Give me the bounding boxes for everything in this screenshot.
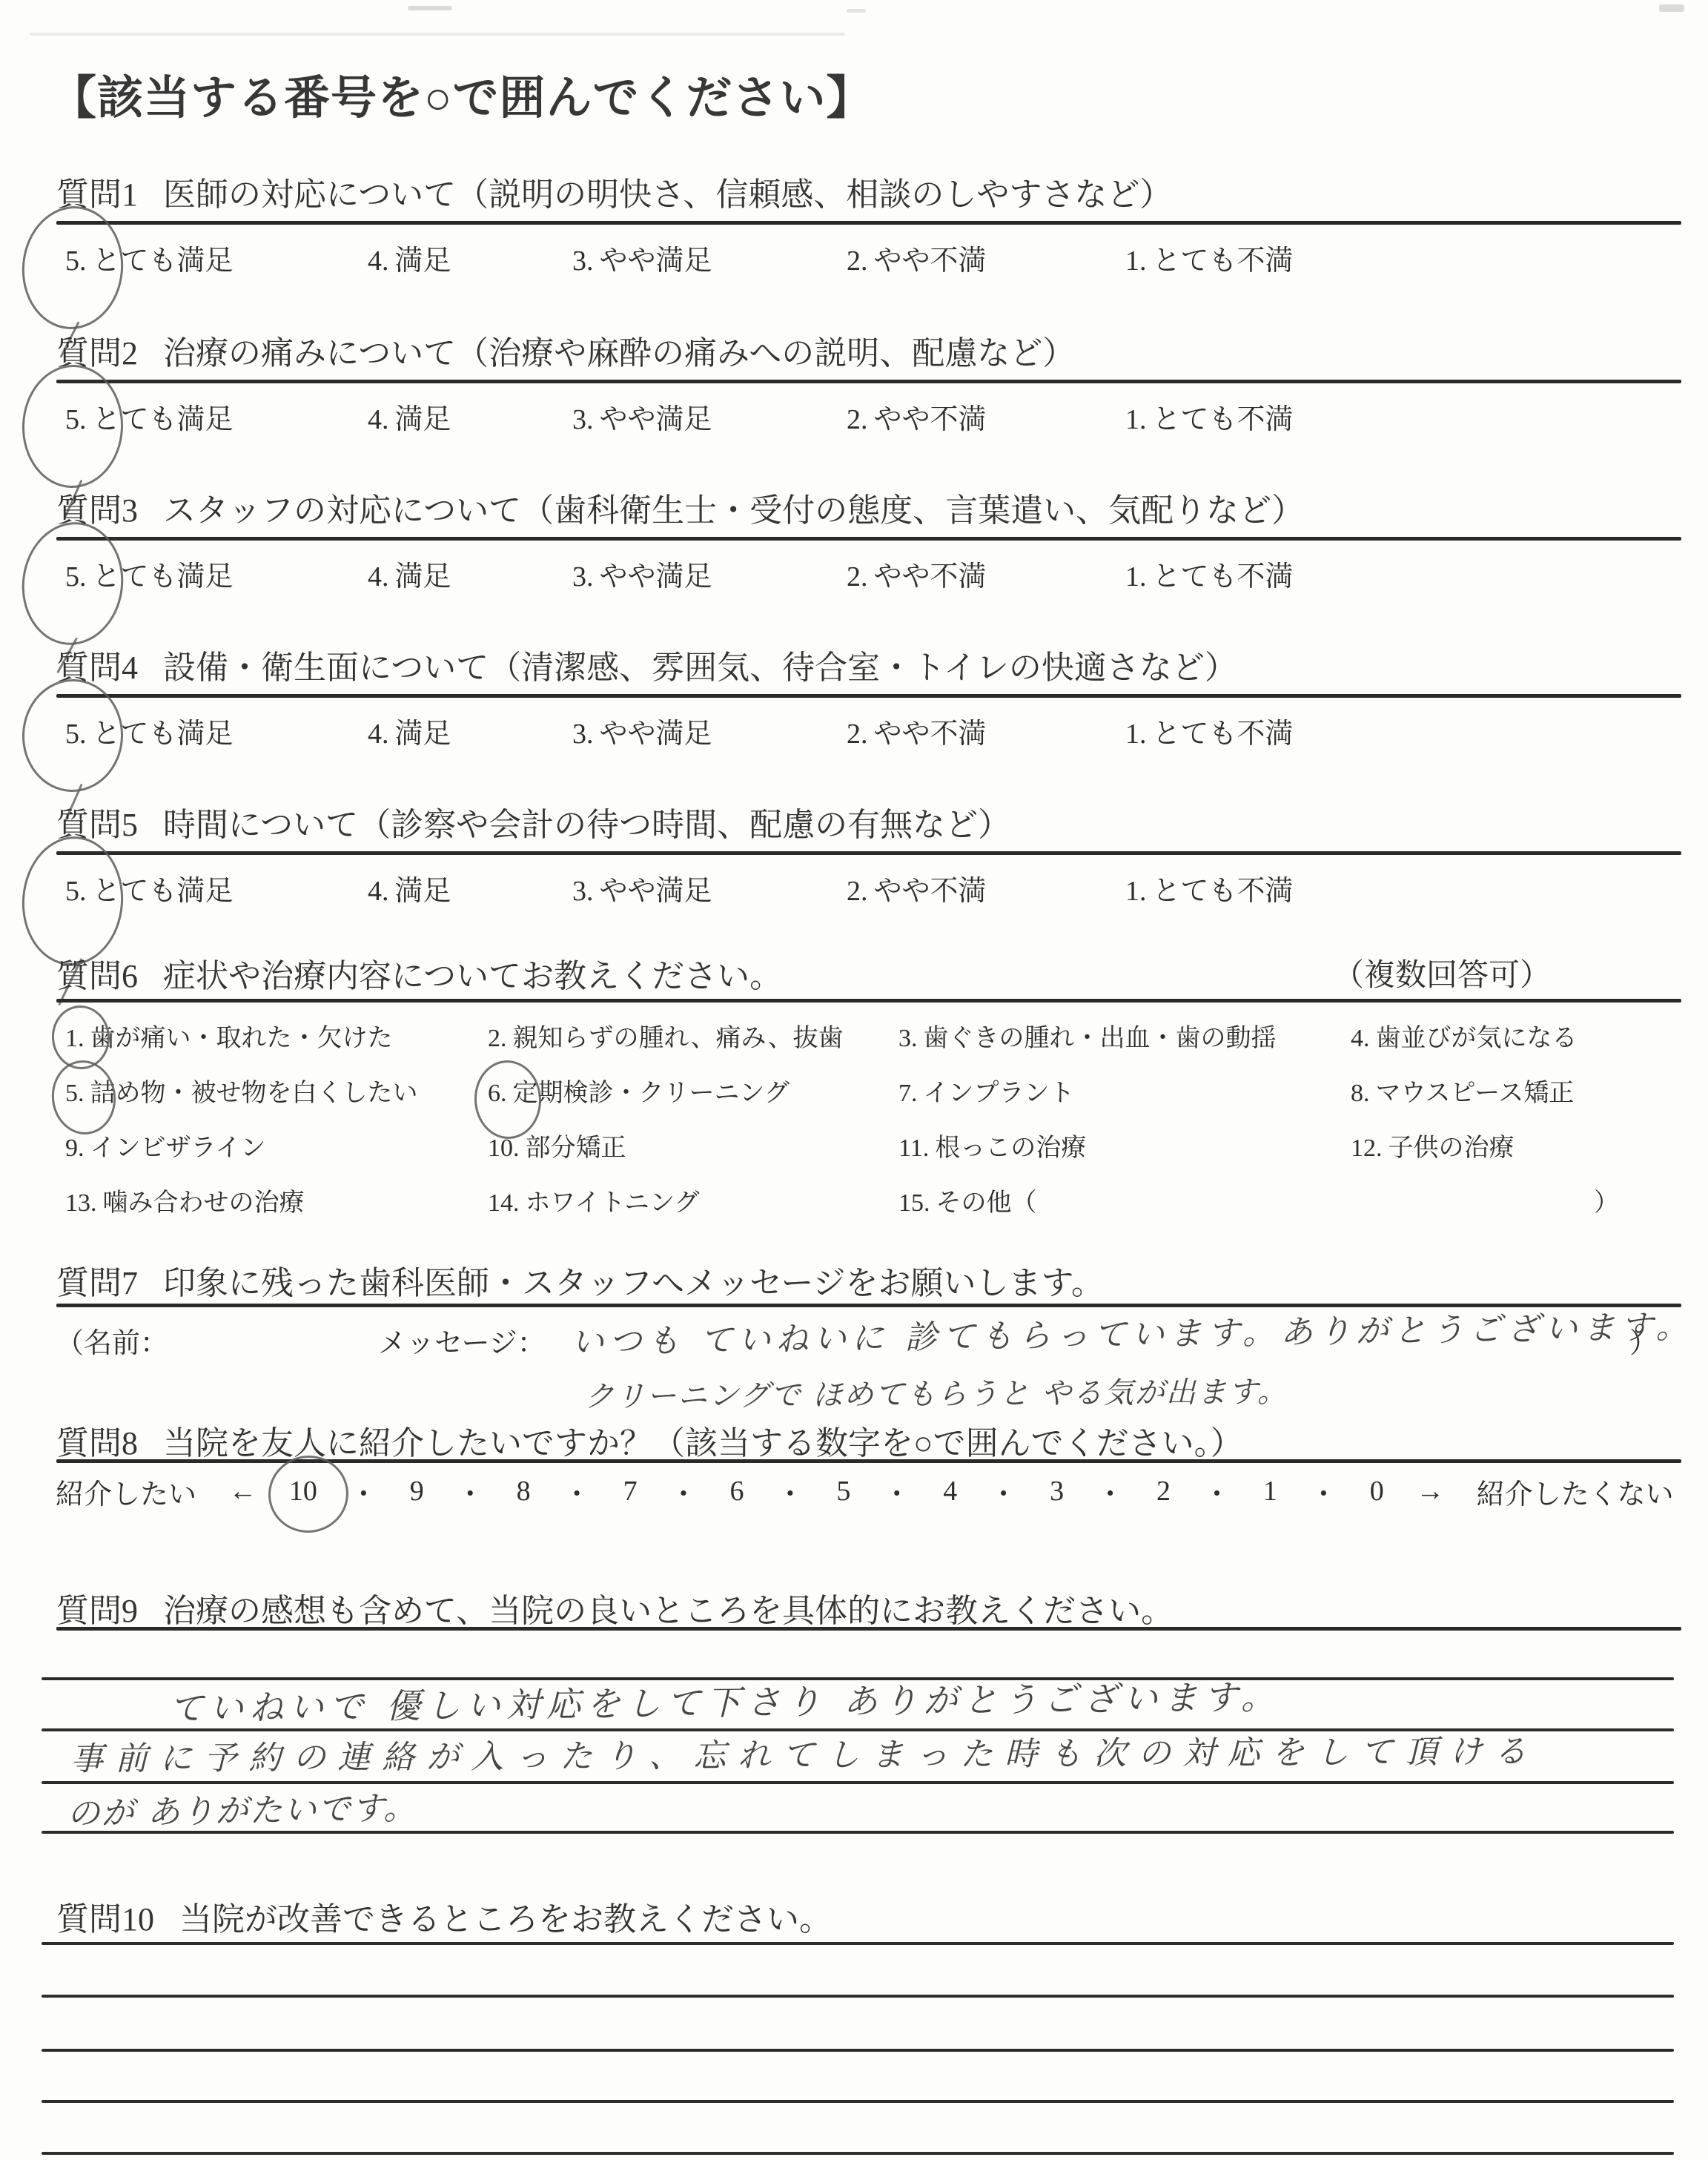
q7-name-label: （名前：: [56, 1320, 168, 1361]
question-7-title: 印象に残った歯科医師・スタッフへメッセージをお願いします。: [163, 1265, 1104, 1301]
left-arrow-icon: ←: [228, 1475, 256, 1507]
item-label: 歯ぐきの腫れ・出血・歯の動揺: [924, 1025, 1277, 1052]
q6-item-7: 7.インプラント: [898, 1072, 1075, 1109]
q1-option-satisfied: 4.満足: [368, 237, 451, 278]
q8-scale-0: 0: [1370, 1475, 1384, 1507]
item-number: 9.: [65, 1135, 85, 1162]
question-3-title: スタッフの対応について（歯科衛生士・受付の態度、言葉遣い、気配りなど）: [163, 492, 1304, 529]
option-label: とても満足: [93, 561, 234, 592]
option-number: 2.: [847, 876, 868, 907]
item-label: マウスピース矯正: [1376, 1080, 1575, 1107]
option-number: 1.: [1125, 404, 1147, 435]
question-2-rule: [56, 380, 1681, 383]
q6-row-4: 13.噛み合わせの治療 14.ホワイトニング 15.その他（ ）: [0, 1182, 1708, 1234]
option-label: やや満足: [600, 245, 712, 277]
q3-option-satisfied: 4.満足: [368, 553, 451, 594]
question-8-header: 質問8当院を友人に紹介したいですか？（該当する数字を○で囲んでください。）: [56, 1416, 1243, 1464]
item-number: 3.: [898, 1025, 918, 1052]
option-number: 2.: [847, 561, 868, 592]
dot-separator: ・: [1309, 1471, 1337, 1512]
question-3-header: 質問3スタッフの対応について（歯科衛生士・受付の態度、言葉遣い、気配りなど）: [56, 483, 1304, 531]
option-label: やや不満: [874, 245, 987, 277]
item-number: 7.: [898, 1080, 918, 1107]
question-8-rule: [56, 1459, 1681, 1463]
q8-scale-10: 10: [289, 1475, 317, 1507]
option-number: 2.: [847, 404, 868, 435]
q9-handwritten-line-3: のが ありがたいです。: [67, 1781, 418, 1834]
question-2-options: 5.とても満足 4.満足 3.やや満足 2.やや不満 1.とても不満: [0, 396, 1708, 443]
dot-separator: ・: [776, 1471, 804, 1512]
item-number: 14.: [488, 1189, 520, 1217]
option-label: とても不満: [1153, 719, 1294, 750]
q6-item-3: 3.歯ぐきの腫れ・出血・歯の動揺: [898, 1017, 1277, 1054]
option-label: とても満足: [93, 245, 234, 277]
option-number: 3.: [572, 404, 594, 435]
question-5-options: 5.とても満足 4.満足 3.やや満足 2.やや不満 1.とても不満: [0, 868, 1708, 915]
option-label: やや満足: [600, 876, 712, 907]
q9-writing-line-4: [42, 1831, 1674, 1834]
q3-option-very-satisfied: 5.とても満足: [65, 553, 234, 594]
option-number: 4.: [368, 719, 389, 750]
dot-separator: ・: [990, 1471, 1018, 1512]
dot-separator: ・: [563, 1471, 591, 1512]
item-number: 13.: [65, 1189, 97, 1217]
option-label: やや満足: [600, 561, 712, 592]
q8-scale-9: 9: [410, 1475, 424, 1507]
q6-item-6: 6.定期検診・クリーニング: [488, 1072, 790, 1109]
option-label: 満足: [395, 404, 451, 435]
q1-option-somewhat-satisfied: 3.やや満足: [572, 237, 712, 278]
question-10-header: 質問10当院が改善できるところをお教えください。: [56, 1892, 832, 1940]
option-label: 満足: [395, 876, 451, 907]
question-5-title: 時間について（診察や会計の待つ時間、配慮の有無など）: [163, 807, 1010, 843]
question-9-title: 治療の感想も含めて、当院の良いところを具体的にお教えください。: [163, 1593, 1174, 1629]
option-number: 1.: [1125, 245, 1147, 277]
option-number: 2.: [847, 245, 868, 277]
option-number: 3.: [572, 719, 594, 750]
dot-separator: ・: [669, 1471, 698, 1512]
q6-item-14: 14.ホワイトニング: [488, 1182, 699, 1218]
option-number: 3.: [572, 876, 594, 907]
option-label: とても満足: [93, 719, 234, 750]
question-4-options: 5.とても満足 4.満足 3.やや満足 2.やや不満 1.とても不満: [0, 710, 1708, 758]
item-label: 噛み合わせの治療: [103, 1189, 305, 1217]
q2-option-very-dissatisfied: 1.とても不満: [1125, 396, 1294, 437]
q6-other-close-paren: ）: [1594, 1182, 1619, 1218]
item-label: 詰め物・被せ物を白くしたい: [90, 1080, 418, 1107]
dot-separator: ・: [883, 1471, 911, 1512]
item-number: 8.: [1351, 1080, 1370, 1107]
option-number: 3.: [572, 245, 594, 277]
right-arrow-icon: →: [1416, 1475, 1444, 1507]
option-label: 満足: [395, 561, 451, 592]
q2-option-very-satisfied: 5.とても満足: [65, 396, 234, 437]
option-label: やや満足: [600, 719, 712, 750]
q3-option-somewhat-dissatisfied: 2.やや不満: [847, 553, 987, 594]
question-6-number: 質問6: [56, 958, 138, 994]
item-label: その他（: [936, 1189, 1037, 1217]
q2-option-satisfied: 4.満足: [368, 396, 451, 437]
option-number: 5.: [65, 561, 87, 592]
question-4-title: 設備・衛生面について（清潔感、雰囲気、待合室・トイレの快適さなど）: [163, 650, 1237, 686]
q9-handwritten-line-2: 事前に予約の連絡が入ったり、忘れてしまった時も次の対応をして頂ける: [70, 1725, 1538, 1780]
question-10-number: 質問10: [56, 1901, 154, 1938]
option-number: 4.: [368, 561, 389, 592]
item-label: 歯が痛い・取れた・欠けた: [90, 1025, 393, 1052]
option-label: とても満足: [93, 404, 234, 435]
q10-writing-line-1: [42, 1942, 1674, 1945]
item-label: インビザライン: [90, 1135, 266, 1162]
item-number: 12.: [1351, 1135, 1383, 1162]
q6-item-1: 1.歯が痛い・取れた・欠けた: [65, 1017, 393, 1054]
item-label: 部分矯正: [526, 1135, 626, 1162]
q4-option-somewhat-dissatisfied: 2.やや不満: [847, 710, 987, 751]
question-9-rule: [56, 1627, 1681, 1631]
item-label: 歯並びが気になる: [1376, 1025, 1578, 1052]
question-5-header: 質問5時間について（診察や会計の待つ時間、配慮の有無など）: [56, 798, 1010, 845]
q7-message-label: メッセージ：: [378, 1320, 546, 1361]
q2-option-somewhat-satisfied: 3.やや満足: [572, 396, 712, 437]
q6-multiple-answers-note: （複数回答可）: [1333, 951, 1551, 995]
item-label: ホワイトニング: [526, 1189, 700, 1217]
q6-row-1: 1.歯が痛い・取れた・欠けた 2.親知らずの腫れ、痛み、抜歯 3.歯ぐきの腫れ・…: [0, 1017, 1708, 1069]
q6-item-15: 15.その他（: [898, 1182, 1037, 1218]
question-3-rule: [56, 537, 1681, 541]
q8-scale-7: 7: [623, 1475, 638, 1507]
scale-number: 10: [289, 1476, 317, 1507]
question-1-rule: [56, 221, 1681, 225]
item-number: 2.: [488, 1025, 507, 1052]
item-label: 根っこの治療: [935, 1135, 1086, 1162]
q4-option-very-satisfied: 5.とても満足: [65, 710, 234, 751]
item-label: 親知らずの腫れ、痛み、抜歯: [513, 1025, 844, 1052]
item-number: 10.: [488, 1135, 520, 1162]
q5-option-somewhat-dissatisfied: 2.やや不満: [847, 868, 987, 908]
q8-recommend-scale: 紹介したい ← 10 ・ 9 ・ 8 ・ 7 ・ 6 ・ 5 ・ 4 ・ 3 ・…: [56, 1467, 1674, 1516]
option-number: 1.: [1125, 876, 1147, 907]
q10-writing-line-4: [42, 2100, 1674, 2103]
q6-row-3: 9.インビザライン 10.部分矯正 11.根っこの治療 12.子供の治療: [0, 1127, 1708, 1179]
question-1-options: 5.とても満足 4.満足 3.やや満足 2.やや不満 1.とても不満: [0, 237, 1708, 285]
option-label: とても満足: [93, 876, 234, 907]
option-label: やや不満: [874, 404, 987, 435]
q1-option-somewhat-dissatisfied: 2.やや不満: [847, 237, 987, 278]
option-number: 5.: [65, 404, 87, 435]
question-2-header: 質問2治療の痛みについて（治療や麻酔の痛みへの説明、配慮など）: [56, 326, 1075, 374]
q6-item-12: 12.子供の治療: [1351, 1127, 1515, 1163]
question-3-options: 5.とても満足 4.満足 3.やや満足 2.やや不満 1.とても不満: [0, 553, 1708, 601]
q8-left-label: 紹介したい: [56, 1471, 196, 1512]
q8-scale-2: 2: [1156, 1475, 1171, 1507]
option-label: やや不満: [874, 561, 987, 592]
q6-item-2: 2.親知らずの腫れ、痛み、抜歯: [488, 1017, 844, 1054]
page-title: 【該当する番号を○で囲んでください】: [50, 61, 873, 127]
option-label: とても不満: [1153, 245, 1294, 277]
q7-handwritten-message-line-1: いつも ていねいに 診てもらっています。ありがとうございます。: [571, 1300, 1694, 1363]
option-number: 5.: [65, 719, 87, 750]
option-number: 1.: [1125, 561, 1147, 592]
q8-scale-4: 4: [943, 1475, 957, 1507]
q6-item-8: 8.マウスピース矯正: [1351, 1072, 1574, 1109]
q3-option-somewhat-satisfied: 3.やや満足: [572, 553, 712, 594]
q5-option-very-satisfied: 5.とても満足: [65, 868, 234, 908]
item-number: 11.: [898, 1135, 929, 1162]
q5-option-somewhat-satisfied: 3.やや満足: [572, 868, 712, 908]
q6-item-13: 13.噛み合わせの治療: [65, 1182, 305, 1218]
q7-handwritten-message-line-2: クリーニングで ほめてもらうと やる気が出ます。: [584, 1368, 1288, 1416]
question-6-header: 質問6症状や治療内容についてお教えください。: [56, 949, 782, 997]
item-label: 定期検診・クリーニング: [513, 1080, 790, 1107]
option-label: とても不満: [1153, 404, 1294, 435]
question-10-title: 当院が改善できるところをお教えください。: [179, 1901, 832, 1938]
q8-scale-5: 5: [836, 1475, 850, 1507]
q1-option-very-dissatisfied: 1.とても不満: [1125, 237, 1294, 278]
q4-option-very-dissatisfied: 1.とても不満: [1125, 710, 1294, 751]
dot-separator: ・: [349, 1471, 377, 1512]
q8-scale-3: 3: [1050, 1475, 1064, 1507]
scan-artifact: [847, 9, 866, 13]
question-5-rule: [56, 851, 1681, 855]
option-number: 1.: [1125, 719, 1147, 750]
option-number: 4.: [368, 245, 389, 277]
q8-scale-6: 6: [729, 1475, 744, 1507]
q4-option-satisfied: 4.満足: [368, 710, 451, 751]
option-label: やや不満: [874, 876, 987, 907]
option-label: 満足: [395, 719, 451, 750]
item-number: 4.: [1351, 1025, 1370, 1052]
question-9-header: 質問9治療の感想も含めて、当院の良いところを具体的にお教えください。: [56, 1584, 1174, 1631]
q6-row-2: 5.詰め物・被せ物を白くしたい 6.定期検診・クリーニング 7.インプラント 8…: [0, 1072, 1708, 1124]
q6-item-5: 5.詰め物・被せ物を白くしたい: [65, 1072, 418, 1109]
q10-writing-line-5: [42, 2152, 1674, 2155]
question-8-title: 当院を友人に紹介したいですか？（該当する数字を○で囲んでください。）: [163, 1425, 1243, 1462]
question-4-rule: [56, 694, 1681, 698]
dot-separator: ・: [1096, 1471, 1125, 1512]
item-label: インプラント: [924, 1080, 1075, 1107]
item-number: 15.: [898, 1189, 930, 1217]
question-9-number: 質問9: [56, 1593, 138, 1629]
q3-option-very-dissatisfied: 1.とても不満: [1125, 553, 1294, 594]
option-label: とても不満: [1153, 876, 1294, 907]
q6-item-4: 4.歯並びが気になる: [1351, 1017, 1578, 1054]
option-label: とても不満: [1153, 561, 1294, 592]
question-1-number: 質問1: [56, 176, 138, 213]
q2-option-somewhat-dissatisfied: 2.やや不満: [847, 396, 987, 437]
option-number: 2.: [847, 719, 868, 750]
q8-scale-1: 1: [1263, 1475, 1277, 1507]
option-label: やや不満: [874, 719, 987, 750]
question-4-number: 質問4: [56, 650, 138, 686]
option-number: 5.: [65, 876, 87, 907]
scan-artifact: [408, 6, 452, 10]
option-label: 満足: [395, 245, 451, 277]
q4-option-somewhat-satisfied: 3.やや満足: [572, 710, 712, 751]
question-2-title: 治療の痛みについて（治療や麻酔の痛みへの説明、配慮など）: [163, 335, 1075, 371]
scan-artifact: [30, 33, 845, 36]
option-number: 4.: [368, 876, 389, 907]
option-number: 3.: [572, 561, 594, 592]
scan-artifact: [1659, 4, 1684, 12]
q6-item-10: 10.部分矯正: [488, 1127, 626, 1163]
q5-option-satisfied: 4.満足: [368, 868, 451, 908]
q1-option-very-satisfied: 5.とても満足: [65, 237, 234, 278]
q6-item-11: 11.根っこの治療: [898, 1127, 1086, 1163]
q8-scale-8: 8: [517, 1475, 531, 1507]
q6-item-9: 9.インビザライン: [65, 1127, 265, 1163]
question-8-number: 質問8: [56, 1425, 138, 1462]
question-1-header: 質問1医師の対応について（説明の明快さ、信頼感、相談のしやすさなど）: [56, 168, 1172, 215]
question-5-number: 質問5: [56, 807, 138, 843]
question-7-header: 質問7印象に残った歯科医師・スタッフへメッセージをお願いします。: [56, 1256, 1104, 1304]
question-4-header: 質問4設備・衛生面について（清潔感、雰囲気、待合室・トイレの快適さなど）: [56, 641, 1237, 688]
option-number: 4.: [368, 404, 389, 435]
item-number: 5.: [65, 1080, 85, 1107]
question-6-rule: [56, 999, 1681, 1003]
question-7-number: 質問7: [56, 1265, 138, 1301]
scanned-survey-page: 【該当する番号を○で囲んでください】 質問1医師の対応について（説明の明快さ、信…: [0, 0, 1708, 2160]
q8-right-label: 紹介したくない: [1477, 1471, 1674, 1512]
item-number: 1.: [65, 1025, 85, 1052]
question-6-title: 症状や治療内容についてお教えください。: [163, 958, 782, 994]
option-label: やや満足: [600, 404, 712, 435]
item-label: 子供の治療: [1388, 1135, 1515, 1162]
q10-writing-line-2: [42, 1995, 1674, 1998]
dot-separator: ・: [1202, 1471, 1231, 1512]
option-number: 5.: [65, 245, 87, 277]
item-number: 6.: [488, 1080, 507, 1107]
q10-writing-line-3: [42, 2049, 1674, 2052]
question-3-number: 質問3: [56, 492, 138, 529]
q5-option-very-dissatisfied: 1.とても不満: [1125, 868, 1294, 908]
dot-separator: ・: [456, 1471, 484, 1512]
question-2-number: 質問2: [56, 335, 138, 371]
question-1-title: 医師の対応について（説明の明快さ、信頼感、相談のしやすさなど）: [163, 176, 1172, 213]
